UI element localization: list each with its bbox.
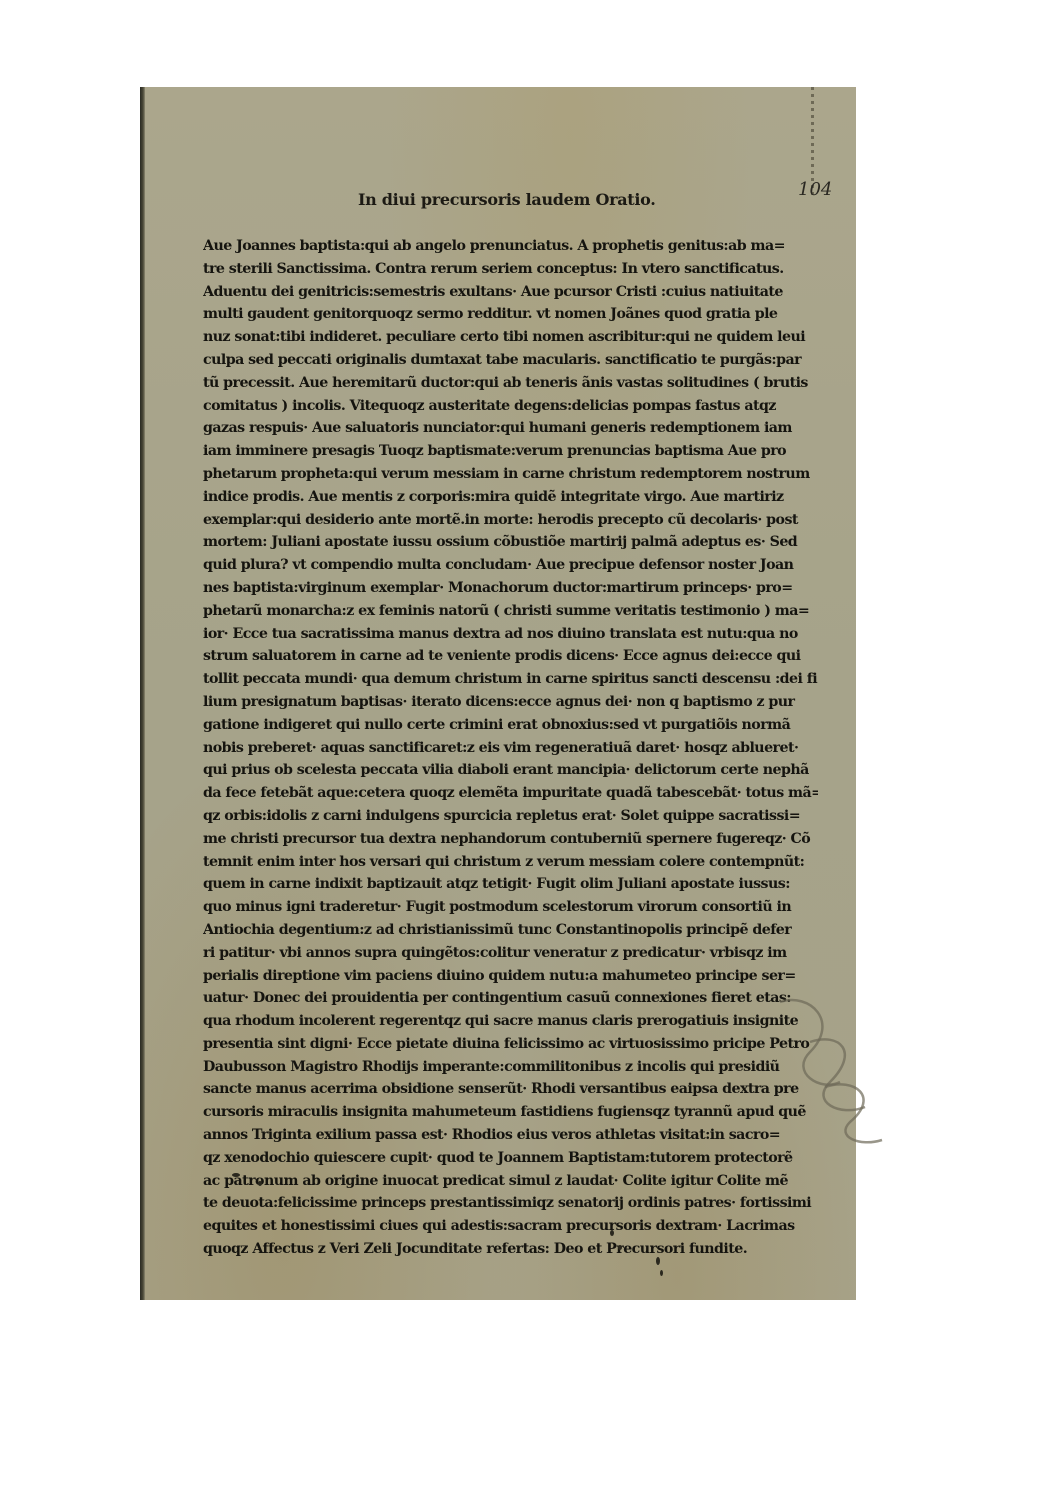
text-line: iam imminere presagis Tuoqz baptismate:v… [203, 440, 818, 463]
ink-blot [660, 1270, 663, 1276]
text-line: tre sterili Sanctissima. Contra rerum se… [203, 258, 818, 281]
ink-blot [258, 1181, 262, 1186]
text-line: quem in carne indixit baptizauit atqz te… [203, 873, 818, 896]
text-line: quid plura? vt compendio multa concludam… [203, 554, 818, 577]
text-line: qui prius ob scelesta peccata vilia diab… [203, 759, 818, 782]
text-line: gatione indigeret qui nullo certe crimin… [203, 714, 818, 737]
text-line: strum saluatorem in carne ad te veniente… [203, 645, 818, 668]
ink-blot [618, 1245, 622, 1250]
text-line: comitatus ) incolis. Vitequoqz austerita… [203, 395, 818, 418]
text-line: qua rhodum incolerent regerentqz qui sac… [203, 1010, 818, 1033]
text-line: Aue Joannes baptista:qui ab angelo prenu… [203, 235, 818, 258]
text-line: culpa sed peccati originalis dumtaxat ta… [203, 349, 818, 372]
body-text: Aue Joannes baptista:qui ab angelo prenu… [203, 235, 818, 1261]
text-line: nuz sonat:tibi indideret. peculiare cert… [203, 326, 818, 349]
text-line: cursoris miraculis insignita mahumeteum … [203, 1101, 818, 1124]
text-line: Daubusson Magistro Rhodijs imperante:com… [203, 1056, 818, 1079]
text-line: perialis direptione vim paciens diuino q… [203, 965, 818, 988]
text-line: me christi precursor tua dextra nephando… [203, 828, 818, 851]
text-line: Antiochia degentium:z ad christianissimũ… [203, 919, 818, 942]
text-line: phetarum propheta:qui verum messiam in c… [203, 463, 818, 486]
text-line: tollit peccata mundi· qua demum christum… [203, 668, 818, 691]
text-line: quo minus igni traderetur· Fugit postmod… [203, 896, 818, 919]
text-line: ior· Ecce tua sacratissima manus dextra … [203, 623, 818, 646]
text-line: qz orbis:idolis z carni indulgens spurci… [203, 805, 818, 828]
ink-blot [610, 1230, 614, 1236]
text-line: qz xenodochio quiescere cupit· quod te J… [203, 1147, 818, 1170]
text-line: annos Triginta exilium passa est· Rhodio… [203, 1124, 818, 1147]
running-head: In diui precursoris laudem Oratio. [358, 190, 656, 209]
text-line: phetarũ monarcha:z ex feminis natorũ ( c… [203, 600, 818, 623]
ink-blot [232, 1173, 240, 1177]
text-line: exemplar:qui desiderio ante mortẽ.in mor… [203, 509, 818, 532]
text-line: ac patronum ab origine inuocat predicat … [203, 1170, 818, 1193]
text-line: mortem: Juliani apostate iussu ossium cõ… [203, 531, 818, 554]
text-line: multi gaudent genitorquoqz sermo redditu… [203, 303, 818, 326]
text-line: lium presignatum baptisas· iterato dicen… [203, 691, 818, 714]
text-line: temnit enim inter hos versari qui christ… [203, 851, 818, 874]
ink-blot [656, 1257, 660, 1265]
text-line: da fece fetebãt aque:cetera quoqz elemẽt… [203, 782, 818, 805]
text-line: Aduentu dei genitricis:semestris exultan… [203, 281, 818, 304]
binding-edge [140, 87, 145, 1300]
text-line: nobis preberet· aquas sanctificaret:z ei… [203, 737, 818, 760]
text-line: presentia sint digni· Ecce pietate diuin… [203, 1033, 818, 1056]
text-line: tũ precessit. Aue heremitarũ ductor:qui … [203, 372, 818, 395]
text-line: ri patitur· vbi annos supra quingẽtos:co… [203, 942, 818, 965]
text-line: equites et honestissimi ciues qui adesti… [203, 1215, 818, 1238]
text-line: indice prodis. Aue mentis z corporis:mir… [203, 486, 818, 509]
text-line: uatur· Donec dei prouidentia per conting… [203, 987, 818, 1010]
folio-number: 104 [798, 179, 832, 200]
text-line: sancte manus acerrima obsidione senserũt… [203, 1078, 818, 1101]
scanned-page: In diui precursoris laudem Oratio. 104 A… [140, 87, 856, 1300]
text-line: quoqz Affectus z Veri Zeli Jocunditate r… [203, 1238, 818, 1261]
text-line: nes baptista:virginum exemplar· Monachor… [203, 577, 818, 600]
text-line: gazas respuis· Aue saluatoris nunciator:… [203, 417, 818, 440]
text-line: te deuota:felicissime princeps prestanti… [203, 1192, 818, 1215]
